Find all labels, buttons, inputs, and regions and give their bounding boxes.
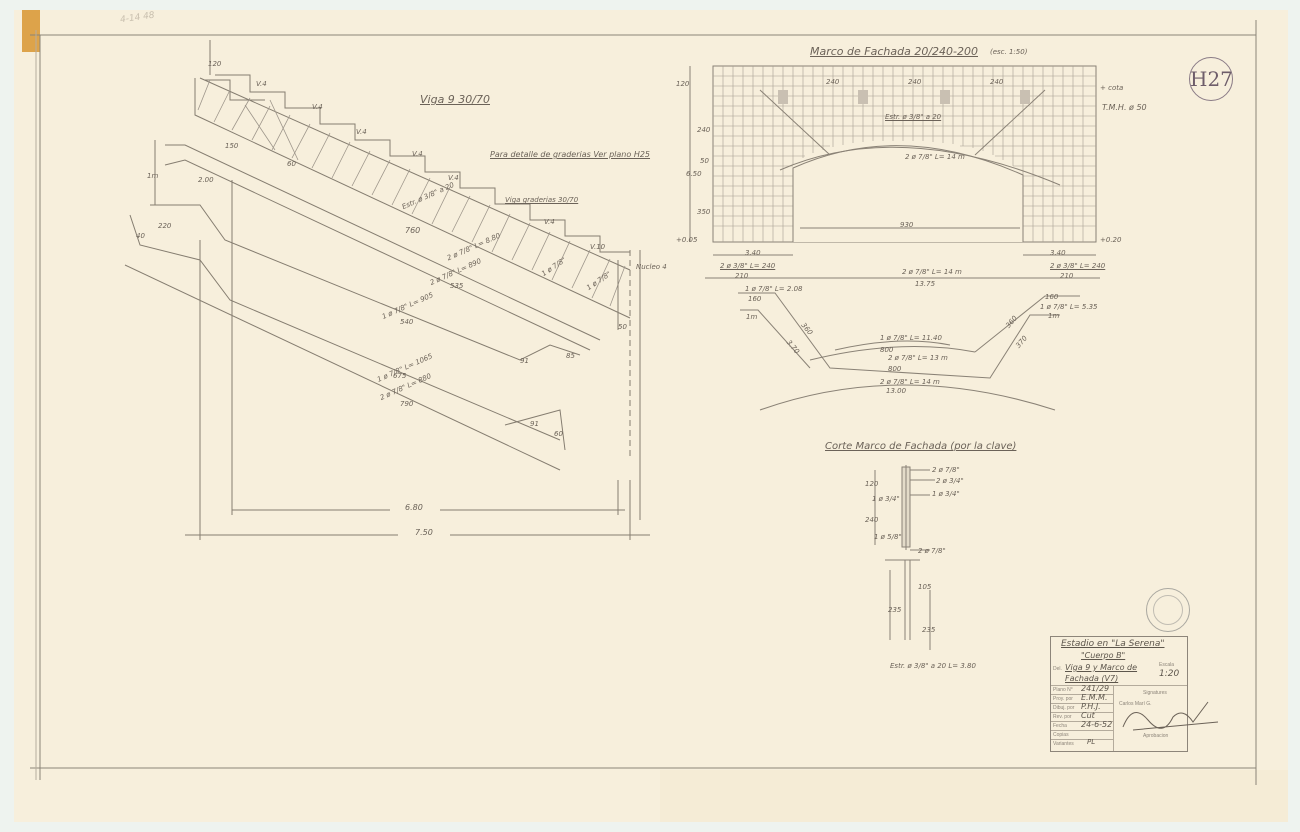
label-v4: V.4 [312,103,323,111]
row-label-plano: Plano N° [1053,687,1073,693]
detail-note: Para detalle de graderias Ver plano H25 [490,150,650,159]
section-label-5: 1 ø 5/8" [874,533,902,541]
section-label-1: 2 ø 7/8" [932,466,960,474]
dim-150: 150 [225,142,238,150]
bend-91b: 91 [530,420,539,428]
project-name: Estadio en "La Serena" [1061,639,1164,649]
schedule-b3: 1 ø 7/8" L= 11.40 [880,334,942,342]
label-v4: V.4 [356,128,367,136]
row-label-copias: Copias [1053,732,1069,738]
dim-left-350: 350 [697,208,710,216]
bottom-len: 13.75 [915,280,935,288]
project-sector: "Cuerpo B" [1081,651,1125,660]
schedule-b3-sub: 800 [880,346,893,354]
dim-1m: 1m [147,172,158,180]
dim-200: 2.00 [198,176,214,184]
side-dim-right: 3.40 [1050,249,1066,257]
label-v4: V.4 [412,150,423,158]
schedule-b1: 1 ø 7/8" L= 2.08 [745,285,802,293]
dim-inner: 6.80 [405,503,423,512]
cota-left: +0.05 [676,236,697,244]
section-dim-235: 235 [888,606,901,614]
bottom-bar: 2 ø 7/8" L= 14 m [902,268,962,276]
section-dim-240: 240 [865,516,878,524]
label-nucleo: Nucleo 4 [636,263,667,271]
dim-top-240c: 240 [990,78,1003,86]
section-dim-120: 120 [865,480,878,488]
bar-a-sub: 535 [450,282,463,290]
dim-left-50: 50 [700,157,709,165]
bar-left-sub: 210 [735,272,748,280]
dim-left-650: 6.50 [686,170,702,178]
row-label-variantes: Variantes [1053,741,1074,747]
beam-title: Viga 9 30/70 [420,93,490,106]
dim-top-240: 240 [826,78,839,86]
schedule-b4: 2 ø 7/8" L= 13 m [888,354,948,362]
section-dim-105: 105 [918,583,931,591]
dim-40: 40 [136,232,145,240]
grid-label: Estr. ø 3/8" a 20 [885,113,941,121]
dim-760: 760 [405,226,420,235]
section-title: Corte Marco de Fachada (por la clave) [825,441,1016,452]
tmh-note: T.M.H. ø 50 [1102,103,1147,112]
bar-b-sub: 540 [400,318,413,326]
label-viga-graderias: Viga graderias 30/70 [505,196,578,204]
section-label-2: 2 ø 3/4" [936,477,964,485]
dim-220: 220 [158,222,171,230]
row-label-dibuj: Dibuj. por [1053,705,1074,711]
bend-91: 91 [520,357,529,365]
schedule-b5-sub: 13.00 [886,387,906,395]
cota-top-right: + cota [1100,84,1123,92]
schedule-b6-sub: 1m [1048,312,1059,320]
schedule-b6-top: 160 [1045,293,1058,301]
dim-top-240b: 240 [908,78,921,86]
bar-left: 2 ø 3/8" L= 240 [720,262,775,270]
schedule-b4-sub: 800 [888,365,901,373]
row-value-plano: 241/29 [1081,684,1109,693]
dim-120: 120 [208,60,221,68]
bend-85: 85 [566,352,575,360]
scale-label: Escala [1159,662,1174,668]
facade-title: Marco de Fachada 20/240-200 [810,45,978,58]
content-value: Viga 9 y Marco de Fachada (V7) [1065,662,1141,684]
row-label-proy: Proy. por [1053,696,1073,702]
dim-50: 50 [618,323,627,331]
label-v4: V.4 [544,218,555,226]
section-label-4: 1 ø 3/4" [872,495,900,503]
bar-c-sub: 675 [393,372,406,380]
schedule-b1-sub: 160 [748,295,761,303]
row-value-fecha: 24-6-52 [1081,720,1112,729]
sheet-code-stamp: H27 [1189,57,1233,101]
bend-60: 60 [554,430,563,438]
row-value-dibuj: P.H.J. [1081,702,1101,711]
facade-scale: (esc. 1:50) [990,48,1027,56]
title-block: Estadio en "La Serena" "Cuerpo B" Del. V… [1050,636,1188,752]
arch-label: 2 ø 7/8" L= 14 m [905,153,965,161]
section-dim-235b: 235 [922,626,935,634]
row-value-rev: Cut [1081,711,1095,720]
row-label-fecha: Fecha [1053,723,1067,729]
bar-right-sub: 210 [1060,272,1073,280]
dim-outer: 7.50 [415,528,433,537]
scale-value: 1:20 [1159,669,1179,679]
span-dim: 930 [900,221,913,229]
schedule-b6: 1 ø 7/8" L= 5.35 [1040,303,1097,311]
signature [1113,692,1223,742]
approval-seal [1146,588,1190,632]
side-dim-left: 3.40 [745,249,761,257]
bar-right: 2 ø 3/8" L= 240 [1050,262,1105,270]
dim-left-240: 240 [697,126,710,134]
dim-60: 60 [287,160,296,168]
content-label: Del. [1053,666,1062,672]
section-label-6: 2 ø 7/8" [918,547,946,555]
label-v4: V.4 [256,80,267,88]
schedule-b2: 1m [746,313,757,321]
schedule-b5: 2 ø 7/8" L= 14 m [880,378,940,386]
label-v10: V.10 [590,243,605,251]
row-label-rev: Rev. por [1053,714,1072,720]
dim-left-120: 120 [676,80,689,88]
row-value-variantes: PL [1087,738,1095,746]
row-value-proy: E.M.M. [1081,693,1108,702]
bar-d-sub: 790 [400,400,413,408]
section-label-3: 1 ø 3/4" [932,490,960,498]
section-stirrup-note: Estr. ø 3/8" a 20 L= 3.80 [890,662,976,670]
cota-right: +0.20 [1100,236,1121,244]
